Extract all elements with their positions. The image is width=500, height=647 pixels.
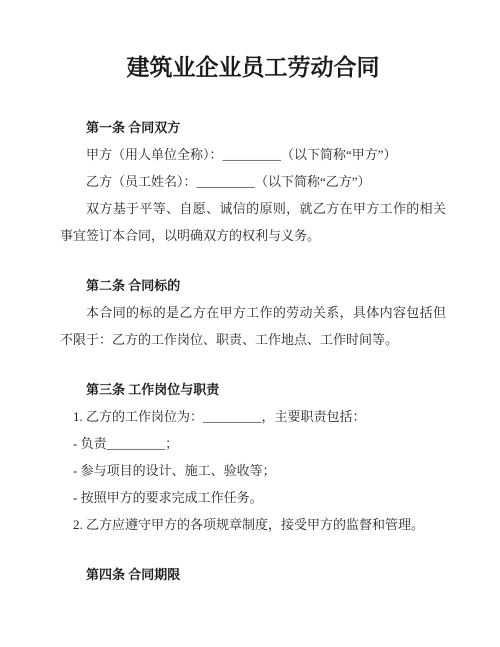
dash-item: - 参与项目的设计、施工、验收等； [73,457,446,484]
party-b-line: 乙方（员工姓名）：_________（以下简称“乙方”） [60,168,446,195]
contract-document-page: 建筑业企业员工劳动合同 第一条 合同双方 甲方（用人单位全称）：________… [0,0,500,647]
party-a-line: 甲方（用人单位全称）：_________（以下简称“甲方”） [60,141,446,168]
dash-item: - 按照甲方的要求完成工作任务。 [73,484,446,511]
paragraph: 本合同的标的是乙方在甲方工作的劳动关系，具体内容包括但不限于：乙方的工作岗位、职… [60,299,446,353]
document-title: 建筑业企业员工劳动合同 [60,52,446,82]
section-heading: 第二条 合同标的 [86,272,446,299]
section-contract-parties: 第一条 合同双方 甲方（用人单位全称）：_________（以下简称“甲方”） … [60,114,446,249]
section-contract-term: 第四条 合同期限 [60,561,446,588]
section-heading: 第三条 工作岗位与职责 [86,376,446,403]
numbered-item: 2. 乙方应遵守甲方的各项规章制度，接受甲方的监督和管理。 [73,511,446,538]
section-heading: 第一条 合同双方 [86,114,446,141]
paragraph: 双方基于平等、自愿、诚信的原则，就乙方在甲方工作的相关事宜签订本合同，以明确双方… [60,195,446,249]
section-heading: 第四条 合同期限 [86,561,446,588]
section-contract-subject: 第二条 合同标的 本合同的标的是乙方在甲方工作的劳动关系，具体内容包括但不限于：… [60,272,446,353]
numbered-item: 1. 乙方的工作岗位为：_________，主要职责包括： [73,403,446,430]
dash-item: - 负责_________； [73,430,446,457]
section-job-duties: 第三条 工作岗位与职责 1. 乙方的工作岗位为：_________，主要职责包括… [60,376,446,538]
